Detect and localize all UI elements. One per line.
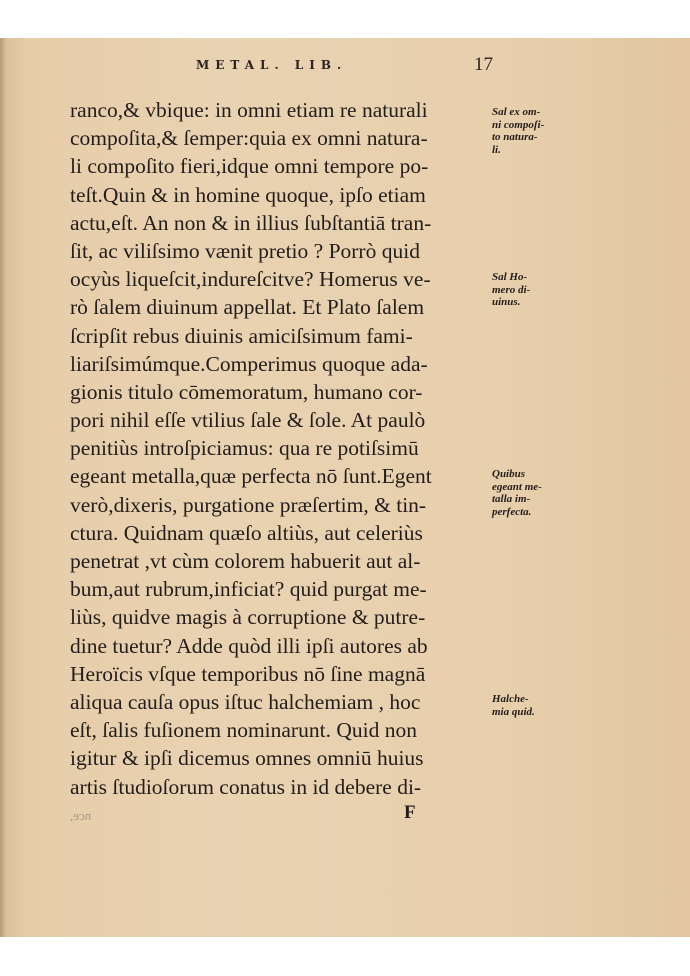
marginal-note-line: Halche- [492,693,572,706]
marginal-note-line: li. [492,144,572,157]
marginal-note: Sal Ho-mero di-uinus. [492,271,572,309]
text-line: ctura. Quidnam quæſo altiùs, aut celeriù… [70,519,490,547]
marginal-note-line: perfecta. [492,506,572,519]
book-page: METAL. LIB. 17 ranco,& vbique: in omni e… [0,38,690,937]
text-line: eſt, ſalis fuſionem nominarunt. Quid non [70,716,490,744]
show-through-text: nce, [70,808,91,824]
marginal-note-line: to natura- [492,131,572,144]
text-line: penitiùs introſpiciamus: qua re potiſsim… [70,434,490,462]
text-line: gionis titulo cōmemoratum, humano cor- [70,378,490,406]
text-line: ocyùs liqueſcit,indureſcitve? Homerus ve… [70,265,490,293]
text-line: liùs, quidve magis à corruptione & putre… [70,603,490,631]
marginal-note-line: Sal ex om- [492,106,572,119]
marginal-note-line: mia quid. [492,706,572,719]
text-line: penetrat ,vt cùm colorem habuerit aut al… [70,547,490,575]
text-line: li compoſito fieri,idque omni tempore po… [70,152,490,180]
marginal-note-line: talla im- [492,493,572,506]
text-line: aliqua cauſa opus iſtuc halchemiam , hoc [70,688,490,716]
text-line: ranco,& vbique: in omni etiam re natural… [70,96,490,124]
text-line: liariſsimúmque.Comperimus quoque ada- [70,350,490,378]
text-line: dine tuetur? Adde quòd illi ipſi autores… [70,632,490,660]
text-line: ſit, ac viliſsimo vænit pretio ? Porrò q… [70,237,490,265]
text-line: actu,eſt. An non & in illius ſubſtantiā … [70,209,490,237]
text-line: verò,dixeris, purgatione præſertim, & ti… [70,491,490,519]
marginal-note-line: ni compoſi- [492,119,572,132]
text-line: Heroïcis vſque temporibus nō ſine magnā [70,660,490,688]
marginal-note: Sal ex om-ni compoſi-to natura-li. [492,106,572,156]
marginal-note: Halche-mia quid. [492,693,572,718]
marginal-note-line: Quibus [492,468,572,481]
marginal-note-line: mero di- [492,284,572,297]
text-line: rò ſalem diuinum appellat. Et Plato ſale… [70,293,490,321]
running-head: METAL. LIB. [196,58,347,72]
text-line: artis ſtudioſorum conatus in id debere d… [70,773,490,801]
text-line: ſcripſit rebus diuinis amiciſsimum fami- [70,322,490,350]
text-line: teſt.Quin & in homine quoque, ipſo etiam [70,181,490,209]
marginal-note-line: uinus. [492,296,572,309]
page-number: 17 [474,54,493,76]
text-line: bum,aut rubrum,inficiat? quid purgat me- [70,575,490,603]
marginal-note-line: egeant me- [492,481,572,494]
body-text: ranco,& vbique: in omni etiam re natural… [70,96,490,801]
text-line: pori nihil eſſe vtilius ſale & ſole. At … [70,406,490,434]
text-line: igitur & ipſi dicemus omnes omniū huius [70,744,490,772]
text-line: egeant metalla,quæ perfecta nō ſunt.Egen… [70,462,490,490]
text-line: compoſita,& ſemper:quia ex omni natura- [70,124,490,152]
signature-mark: F [404,802,416,824]
marginal-note-line: Sal Ho- [492,271,572,284]
marginal-note: Quibusegeant me-talla im-perfecta. [492,468,572,518]
